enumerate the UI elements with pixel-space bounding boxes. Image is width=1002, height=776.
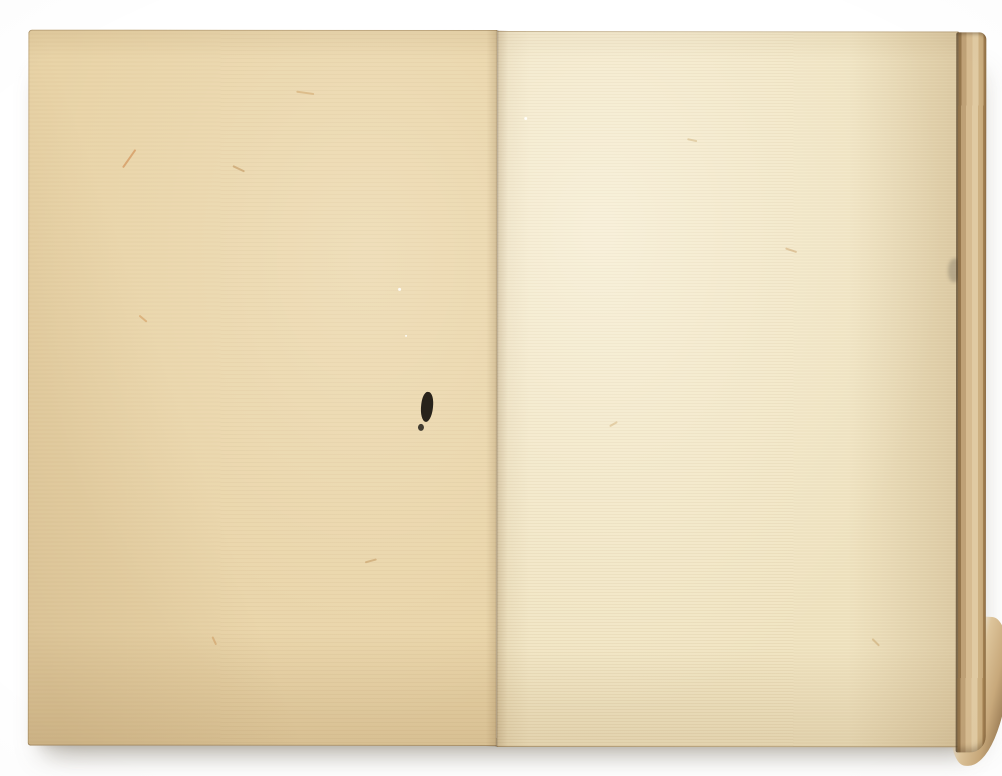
right-page: うなきやうよりも昔おぼえてふくけも せにい波らふおそるやおとへハ本ハ都小石 とせ…	[497, 31, 960, 747]
left-page-calligraphy	[28, 30, 498, 746]
fore-edge-pages	[956, 32, 987, 752]
ink-blot-dot	[418, 424, 424, 431]
right-page-calligraphy	[497, 31, 960, 747]
manuscript-book: おふちふちーおもふこもち不及ふまて侍きおや に侍ーもそ達そおりこそハへらさりのと…	[28, 30, 987, 754]
photo-background: おふちふちーおもふこもち不及ふまて侍きおや に侍ーもそ達そおりこそハへらさりのと…	[0, 0, 1002, 776]
left-page: おふちふちーおもふこもち不及ふまて侍きおや に侍ーもそ達そおりこそハへらさりのと…	[28, 30, 498, 746]
